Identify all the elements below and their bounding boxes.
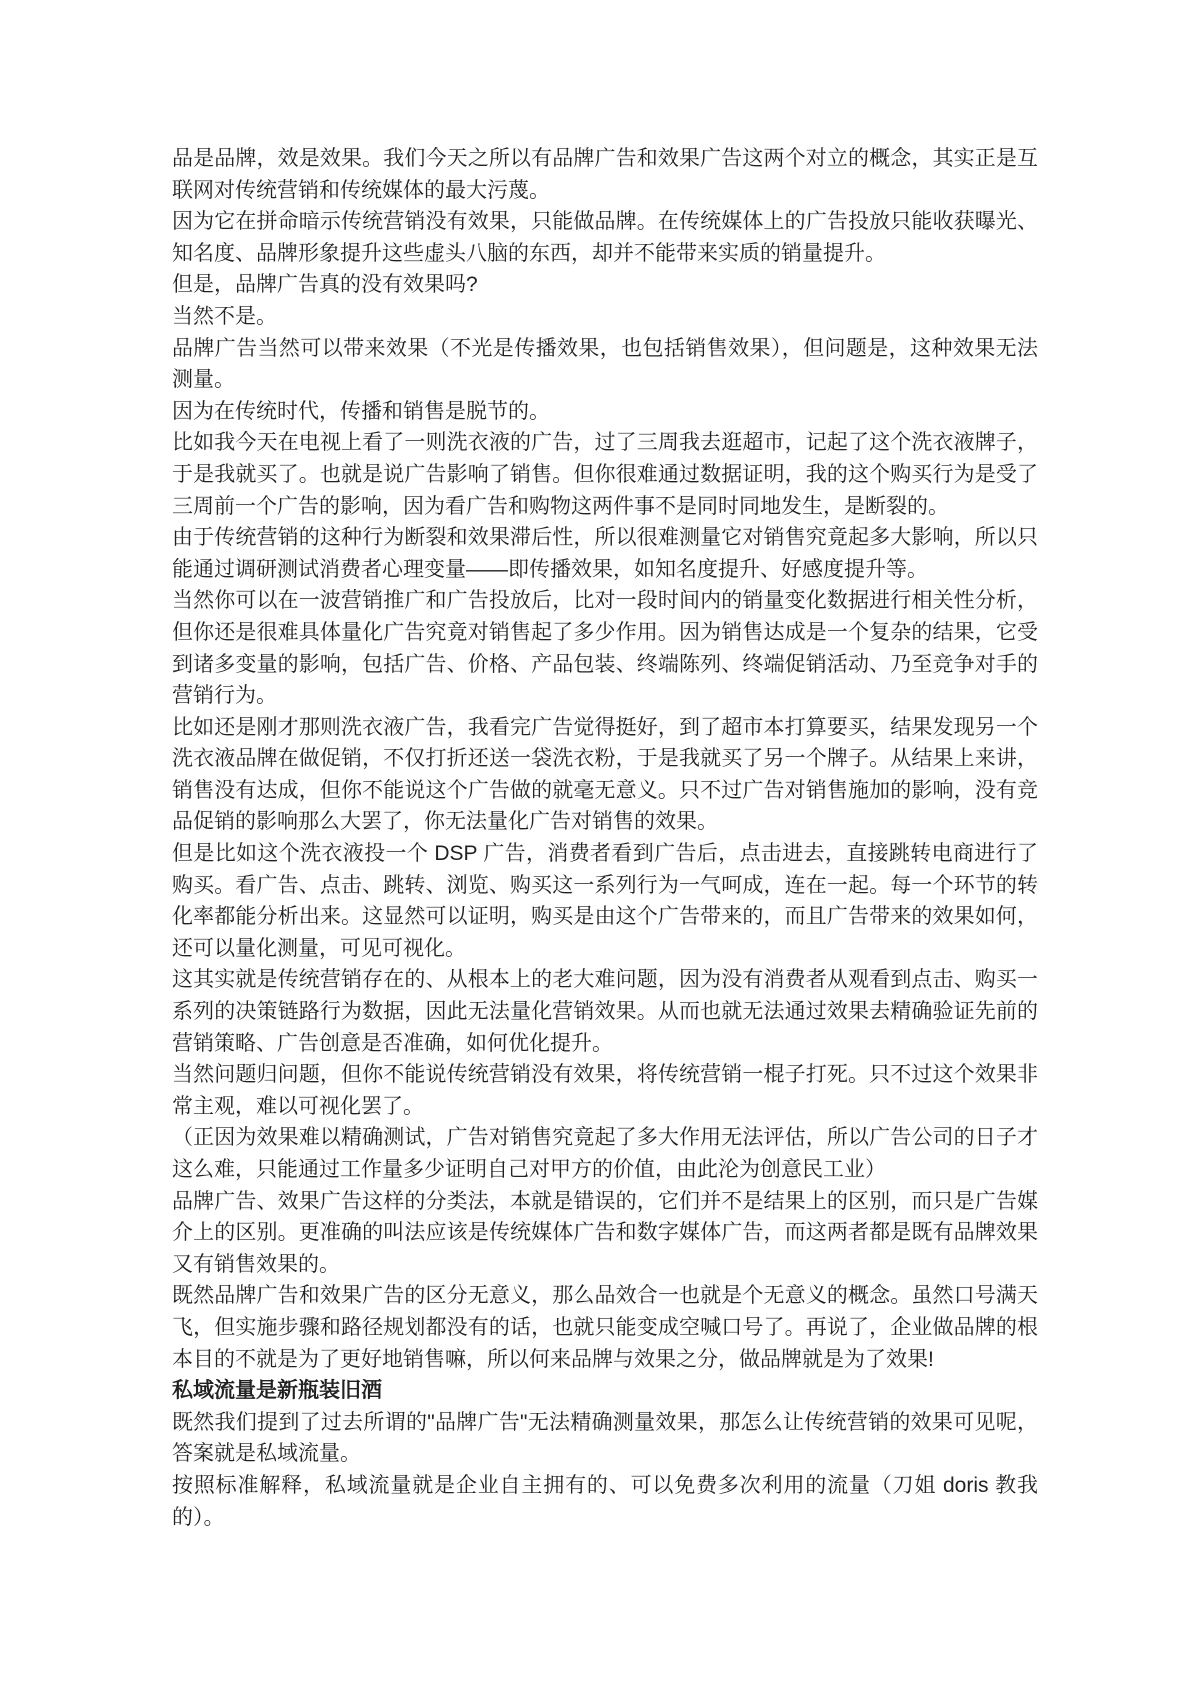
document-page: { "page": { "background_color": "#ffffff… — [0, 0, 1200, 1698]
paragraph: 但是比如这个洗衣液投一个 DSP 广告，消费者看到广告后，点击进去，直接跳转电商… — [172, 838, 1038, 964]
paragraph: 比如还是刚才那则洗衣液广告，我看完广告觉得挺好，到了超市本打算要买，结果发现另一… — [172, 712, 1038, 838]
paragraph: 品牌广告当然可以带来效果（不光是传播效果，也包括销售效果），但问题是，这种效果无… — [172, 333, 1038, 396]
paragraph: 当然不是。 — [172, 301, 1038, 333]
paragraph: 品牌广告、效果广告这样的分类法，本就是错误的，它们并不是结果上的区别，而只是广告… — [172, 1186, 1038, 1281]
paragraph: 既然品牌广告和效果广告的区分无意义，那么品效合一也就是个无意义的概念。虽然口号满… — [172, 1280, 1038, 1375]
paragraph: 由于传统营销的这种行为断裂和效果滞后性，所以很难测量它对销售究竟起多大影响，所以… — [172, 522, 1038, 585]
paragraph: 品是品牌，效是效果。我们今天之所以有品牌广告和效果广告这两个对立的概念，其实正是… — [172, 143, 1038, 206]
paragraph: 这其实就是传统营销存在的、从根本上的老大难问题，因为没有消费者从观看到点击、购买… — [172, 964, 1038, 1059]
paragraph: 因为在传统时代，传播和销售是脱节的。 — [172, 396, 1038, 428]
paragraph: （正因为效果难以精确测试，广告对销售究竟起了多大作用无法评估，所以广告公司的日子… — [172, 1122, 1038, 1185]
paragraph: 按照标准解释，私域流量就是企业自主拥有的、可以免费多次利用的流量（刀姐 dori… — [172, 1470, 1038, 1533]
paragraph: 比如我今天在电视上看了一则洗衣液的广告，过了三周我去逛超市，记起了这个洗衣液牌子… — [172, 427, 1038, 522]
section-heading: 私域流量是新瓶装旧酒 — [172, 1375, 1038, 1407]
paragraph: 因为它在拼命暗示传统营销没有效果，只能做品牌。在传统媒体上的广告投放只能收获曝光… — [172, 206, 1038, 269]
paragraph: 当然问题归问题，但你不能说传统营销没有效果，将传统营销一棍子打死。只不过这个效果… — [172, 1059, 1038, 1122]
paragraph: 但是，品牌广告真的没有效果吗? — [172, 269, 1038, 301]
paragraph: 既然我们提到了过去所谓的"品牌广告"无法精确测量效果，那怎么让传统营销的效果可见… — [172, 1407, 1038, 1470]
paragraph: 当然你可以在一波营销推广和广告投放后，比对一段时间内的销量变化数据进行相关性分析… — [172, 585, 1038, 711]
article-text-block: 品是品牌，效是效果。我们今天之所以有品牌广告和效果广告这两个对立的概念，其实正是… — [172, 143, 1038, 1533]
